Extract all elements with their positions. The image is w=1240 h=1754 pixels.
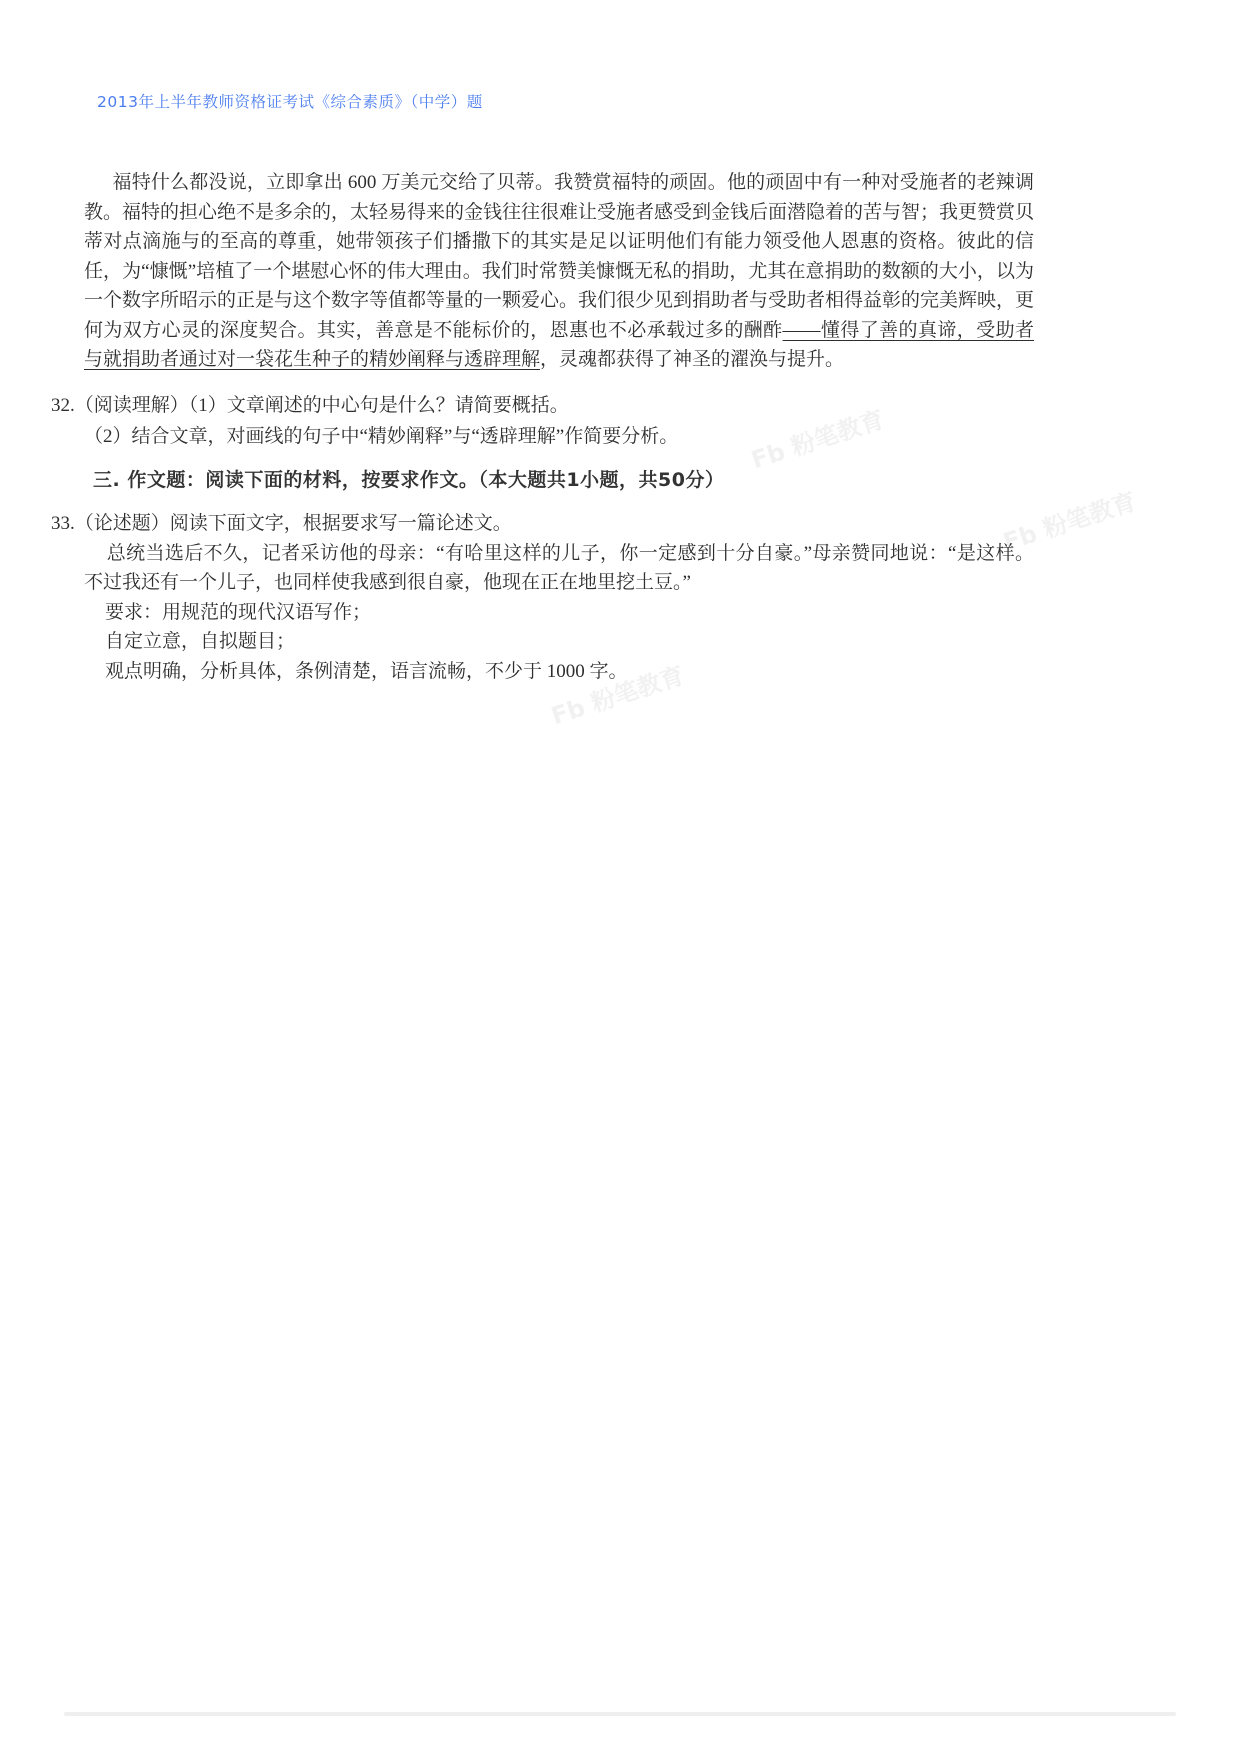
question-33-requirement-2: 自定立意，自拟题目； — [84, 627, 1034, 657]
question-33-requirement-1: 要求：用规范的现代汉语写作； — [84, 598, 1034, 628]
page-title: 2013年上半年教师资格证考试《综合素质》（中学）题 — [0, 0, 1240, 112]
passage-text-after-underline: ，灵魂都获得了神圣的濯涣与提升。 — [540, 349, 844, 370]
section-heading-essay: 三. 作文题：阅读下面的材料，按要求作文。（本大题共1小题，共50分） — [93, 466, 1034, 496]
passage-text-before-underline: 福特什么都没说，立即拿出 600 万美元交给了贝蒂。我赞赏福特的顽固。他的顽固中… — [84, 172, 1034, 341]
question-32-part2: （2）结合文章，对画线的句子中“精妙阐释”与“透辟理解”作简要分析。 — [84, 422, 1034, 452]
question-33-requirement-3: 观点明确，分析具体，条例清楚，语言流畅，不少于 1000 字。 — [84, 657, 1034, 687]
document-content: 福特什么都没说，立即拿出 600 万美元交给了贝蒂。我赞赏福特的顽固。他的顽固中… — [84, 168, 1034, 686]
question-33-intro: 33.（论述题）阅读下面文字，根据要求写一篇论述文。 — [51, 509, 1034, 539]
question-32-part1: 32.（阅读理解）（1）文章阐述的中心句是什么？请简要概括。 — [51, 391, 1034, 421]
reading-passage-paragraph: 福特什么都没说，立即拿出 600 万美元交给了贝蒂。我赞赏福特的顽固。他的顽固中… — [84, 168, 1034, 375]
question-33-material: 总统当选后不久，记者采访他的母亲：“有哈里这样的儿子，你一定感到十分自豪。”母亲… — [84, 539, 1034, 598]
bottom-divider — [64, 1712, 1176, 1716]
exam-document-page: 2013年上半年教师资格证考试《综合素质》（中学）题 福特什么都没说，立即拿出 … — [0, 0, 1240, 1754]
